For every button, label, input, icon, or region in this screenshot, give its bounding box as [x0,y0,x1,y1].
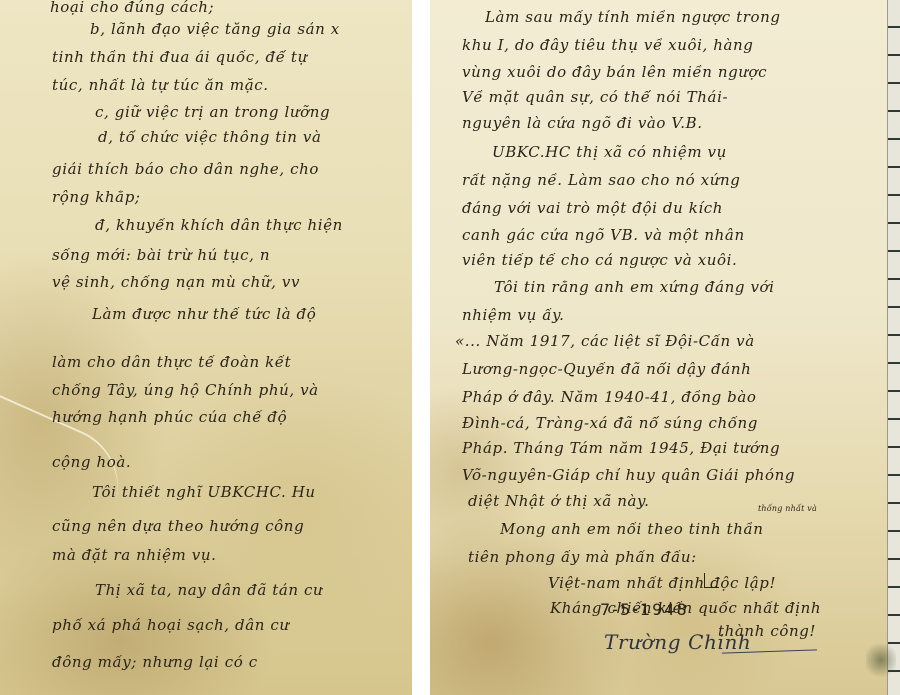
handwritten-line: Võ-nguyên-Giáp chỉ huy quân Giải phóng [462,468,795,483]
handwritten-line: Pháp. Tháng Tám năm 1945, Đại tướng [462,441,780,456]
handwritten-line: mà đặt ra nhiệm vụ. [52,548,216,563]
handwritten-line: sống mới: bài trừ hủ tục, n [52,248,270,263]
handwritten-line: đông mấy; nhưng lại có c [52,655,258,670]
handwritten-line: vùng xuôi do đây bán lên miền ngược [462,65,767,80]
handwritten-line: Lương-ngọc-Quyến đã nổi dậy đánh [462,362,751,377]
signature: Trường Chinh [604,632,751,652]
bracket-mark [704,573,719,588]
handwritten-line: d, tổ chức việc thông tin và [98,130,322,145]
handwritten-line: rộng khắp; [52,190,141,205]
handwritten-line: khu I, do đây tiêu thụ về xuôi, hàng [462,38,754,53]
handwritten-line: túc, nhất là tự túc ăn mặc. [52,78,269,93]
handwritten-line: Làm được như thế tức là độ [92,307,316,322]
insertion-note: thống nhất và [758,505,817,513]
handwritten-line: Đình-cả, Tràng-xá đã nổ súng chống [462,416,758,431]
handwritten-line: vệ sinh, chống nạn mù chữ, vv [52,275,300,290]
handwritten-line: hoại cho đúng cách; [50,0,214,15]
handwritten-line: tinh thần thi đua ái quốc, để tự [52,50,308,65]
handwritten-line: Thị xã ta, nay dân đã tản cư [95,583,323,598]
handwritten-line: nhiệm vụ ấy. [462,308,565,323]
handwritten-line: c, giữ việc trị an trong lưỡng [95,105,330,120]
handwritten-line: phố xá phá hoại sạch, dân cư [52,618,290,633]
handwritten-line: diệt Nhật ở thị xã này. [468,494,649,509]
handwritten-line: cộng hoà. [52,455,131,470]
handwritten-line: viên tiếp tế cho cả ngược và xuôi. [462,253,737,268]
handwritten-line: rất nặng nề. Làm sao cho nó xứng [462,173,740,188]
handwritten-line: Tôi tin rằng anh em xứng đáng với [494,280,775,295]
letter-date: 7-5-1948 [600,602,689,618]
handwritten-line: b, lãnh đạo việc tăng gia sản x [90,22,340,37]
handwritten-line: nguyên là cửa ngõ đi vào V.B. [462,116,703,131]
handwritten-line: UBKC.HC thị xã có nhiệm vụ [492,145,727,160]
handwritten-line: Pháp ở đây. Năm 1940-41, đồng bào [462,390,757,405]
handwritten-line: chống Tây, ủng hộ Chính phủ, và [52,383,319,398]
notebook-binding-edge [887,0,900,695]
handwritten-line: Mong anh em nối theo tinh thần [500,522,764,537]
handwritten-line: Làm sau mấy tỉnh miền ngược trong [485,10,781,25]
handwritten-line: tiên phong ấy mà phấn đấu: [468,550,697,565]
handwritten-line: hưởng hạnh phúc của chế độ [52,410,287,425]
handwritten-line: Về mặt quân sự, có thể nói Thái- [462,90,728,105]
handwritten-line: giải thích báo cho dân nghe, cho [52,162,319,177]
handwritten-line: cũng nên dựa theo hướng công [52,519,304,534]
handwritten-line: Tôi thiết nghĩ UBKCHC. Hu [92,485,316,500]
handwritten-line: canh gác cửa ngõ VB. và một nhân [462,228,745,243]
handwritten-line: làm cho dân thực tế đoàn kết [52,355,291,370]
handwritten-line: đ, khuyến khích dân thực hiện [95,218,343,233]
handwritten-line: Việt-nam nhất định độc lập! [548,576,776,591]
handwritten-line: «... Năm 1917, các liệt sĩ Đội-Cấn và [455,334,755,349]
binding-stain [866,640,896,680]
handwritten-line: đáng với vai trò một đội du kích [462,201,723,216]
